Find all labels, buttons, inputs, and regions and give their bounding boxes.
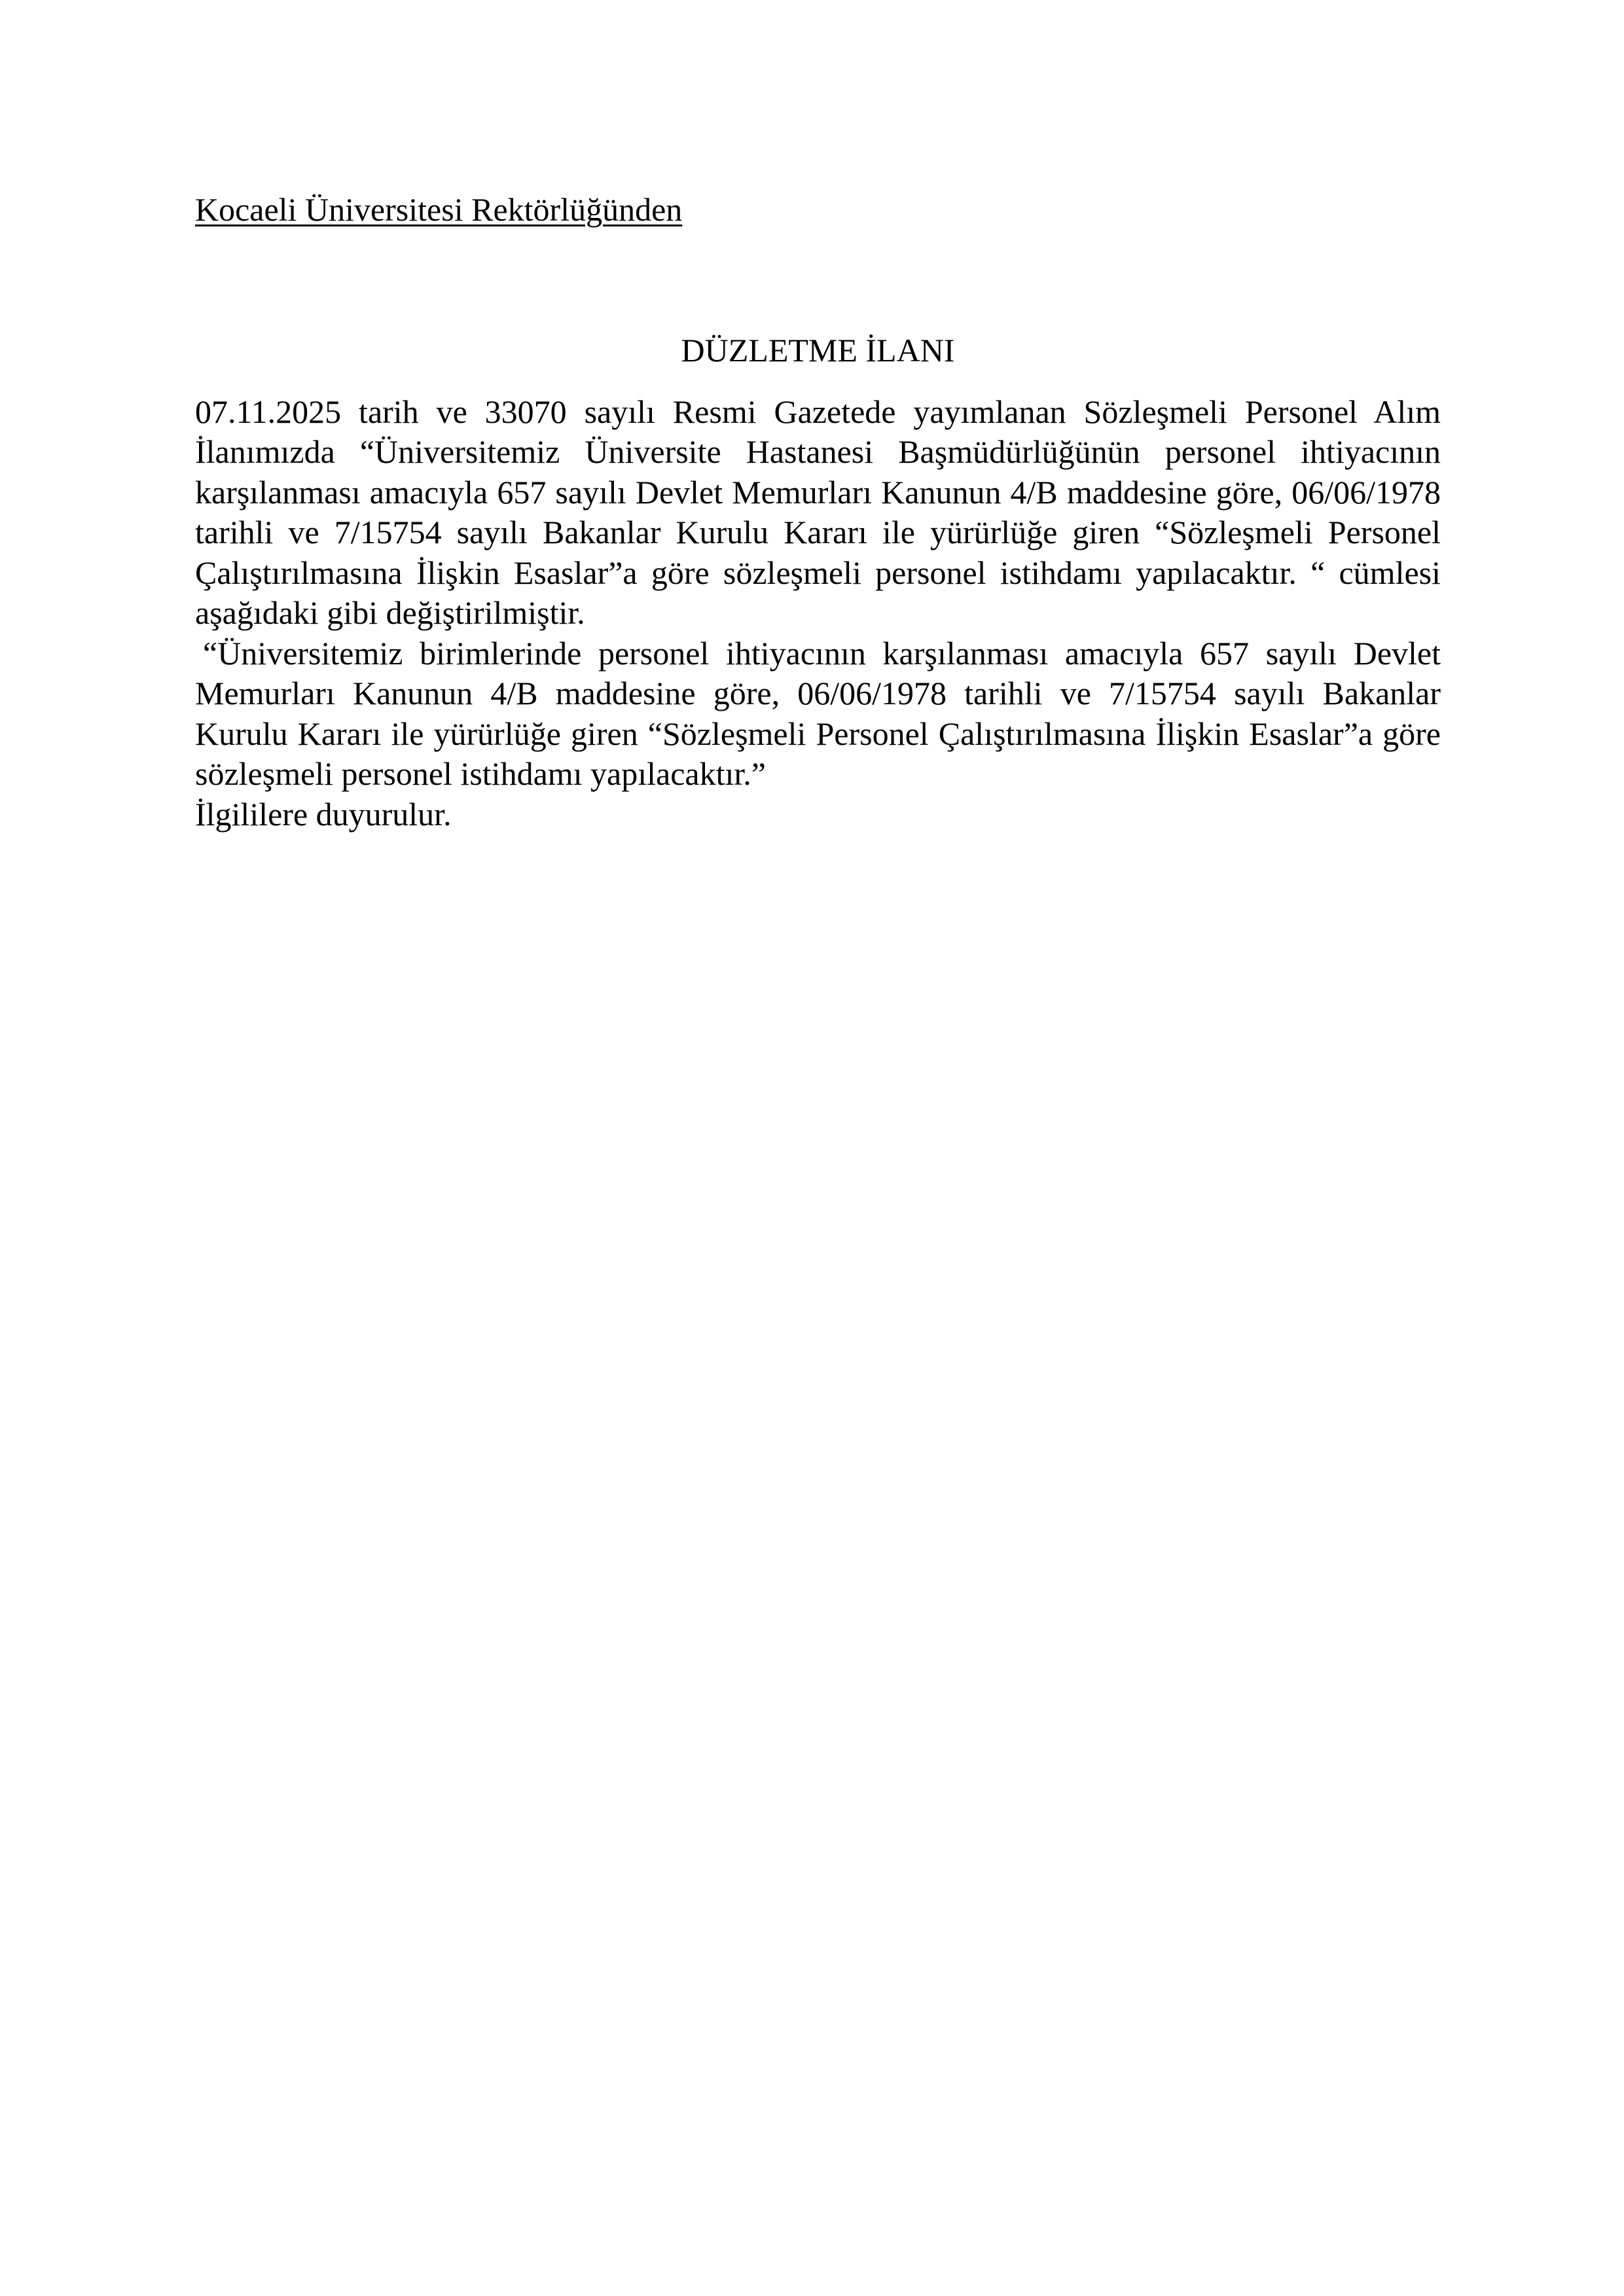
document-page: Kocaeli Üniversitesi Rektörlüğünden DÜZL… (0, 0, 1624, 2296)
notice-title: DÜZLETME İLANI (195, 331, 1441, 371)
sender-heading: Kocaeli Üniversitesi Rektörlüğünden (195, 190, 682, 229)
paragraph-original-notice: 07.11.2025 tarih ve 33070 sayılı Resmi G… (195, 392, 1441, 634)
paragraph-closing: İlgililere duyurulur. (195, 795, 1441, 835)
paragraph-corrected-text: “Üniversitemiz birimlerinde personel iht… (195, 634, 1441, 795)
document-body: DÜZLETME İLANI 07.11.2025 tarih ve 33070… (195, 331, 1441, 834)
